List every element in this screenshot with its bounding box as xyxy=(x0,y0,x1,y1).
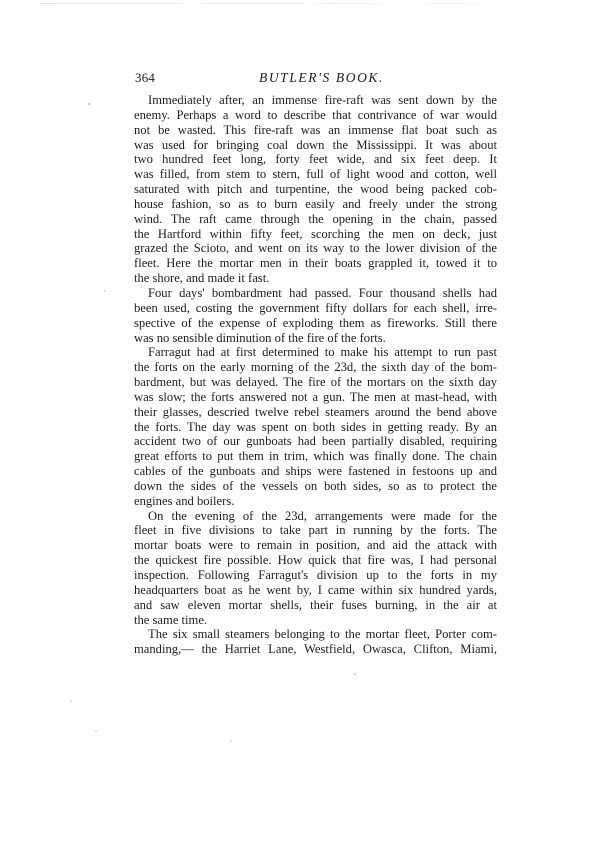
text-line: headquarters boat as he went by, I came … xyxy=(134,583,497,598)
text-line: bardment, but was delayed. The fire of t… xyxy=(134,375,497,390)
text-line: the same time. xyxy=(134,613,497,628)
text-line: Four days' bombardment had passed. Four … xyxy=(134,286,497,301)
text-line: wind. The raft came through the opening … xyxy=(134,212,497,227)
text-line: On the evening of the 23d, arrangements … xyxy=(134,509,497,524)
text-line: spective of the expense of exploding the… xyxy=(134,316,497,331)
text-line: was slow; the forts answered not a gun. … xyxy=(134,390,497,405)
text-line: grazed the Scioto, and went on its way t… xyxy=(134,241,497,256)
text-line: mortar boats were to remain in position,… xyxy=(134,538,497,553)
paragraph: Farragut had at first determined to make… xyxy=(134,345,497,508)
text-line: enemy. Perhaps a word to describe that c… xyxy=(134,108,497,123)
text-line: saturated with pitch and turpentine, the… xyxy=(134,182,497,197)
paragraph: Four days' bombardment had passed. Four … xyxy=(134,286,497,345)
text-line: house fashion, so as to burn easily and … xyxy=(134,197,497,212)
text-line: the Hartford within fifty feet, scorchin… xyxy=(134,227,497,242)
text-line: two hundred feet long, forty feet wide, … xyxy=(134,152,497,167)
text-line: the quickest fire possible. How quick th… xyxy=(134,553,497,568)
scan-speck xyxy=(354,673,356,675)
text-line: down the sides of the vessels on both si… xyxy=(134,479,497,494)
book-page: 364 BUTLER'S BOOK. Immediately after, an… xyxy=(0,0,600,843)
paragraph: On the evening of the 23d, arrangements … xyxy=(134,509,497,628)
body-text: Immediately after, an immense fire-raft … xyxy=(134,93,497,657)
text-line: engines and boilers. xyxy=(134,494,497,509)
text-line: their glasses, descried twelve rebel ste… xyxy=(134,405,497,420)
text-line: the shore, and made it fast. xyxy=(134,271,497,286)
text-line: The six small steamers belonging to the … xyxy=(134,627,497,642)
text-line: inspection. Following Farragut's divisio… xyxy=(134,568,497,583)
text-line: accident two of our gunboats had been pa… xyxy=(134,434,497,449)
scan-edge-artifact xyxy=(40,3,510,4)
text-line: fleet in five divisions to take part in … xyxy=(134,523,497,538)
scan-speck xyxy=(95,730,97,732)
scan-speck xyxy=(230,740,232,742)
text-line: the forts. The day was spent on both sid… xyxy=(134,420,497,435)
text-line: cables of the gunboats and ships were fa… xyxy=(134,464,497,479)
running-title: BUTLER'S BOOK. xyxy=(134,70,497,86)
text-line: Immediately after, an immense fire-raft … xyxy=(134,93,497,108)
scan-speck xyxy=(88,103,90,105)
text-line: Farragut had at first determined to make… xyxy=(134,345,497,360)
paragraph: The six small steamers belonging to the … xyxy=(134,627,497,657)
running-head: 364 BUTLER'S BOOK. xyxy=(134,70,497,88)
text-line: manding,— the Harriet Lane, Westfield, O… xyxy=(134,642,497,657)
text-line: been used, costing the government fifty … xyxy=(134,301,497,316)
scan-speck xyxy=(104,290,106,292)
text-line: was no sensible diminution of the fire o… xyxy=(134,331,497,346)
text-line: fleet. Here the mortar men in their boat… xyxy=(134,256,497,271)
scan-speck xyxy=(70,700,72,702)
text-line: was filled, from stem to stern, full of … xyxy=(134,167,497,182)
text-line: was used for bringing coal down the Miss… xyxy=(134,138,497,153)
text-line: not be wasted. This fire-raft was an imm… xyxy=(134,123,497,138)
text-line: the forts on the early morning of the 23… xyxy=(134,360,497,375)
text-line: and saw eleven mortar shells, their fuse… xyxy=(134,598,497,613)
text-line: great efforts to put them in trim, which… xyxy=(134,449,497,464)
paragraph: Immediately after, an immense fire-raft … xyxy=(134,93,497,286)
